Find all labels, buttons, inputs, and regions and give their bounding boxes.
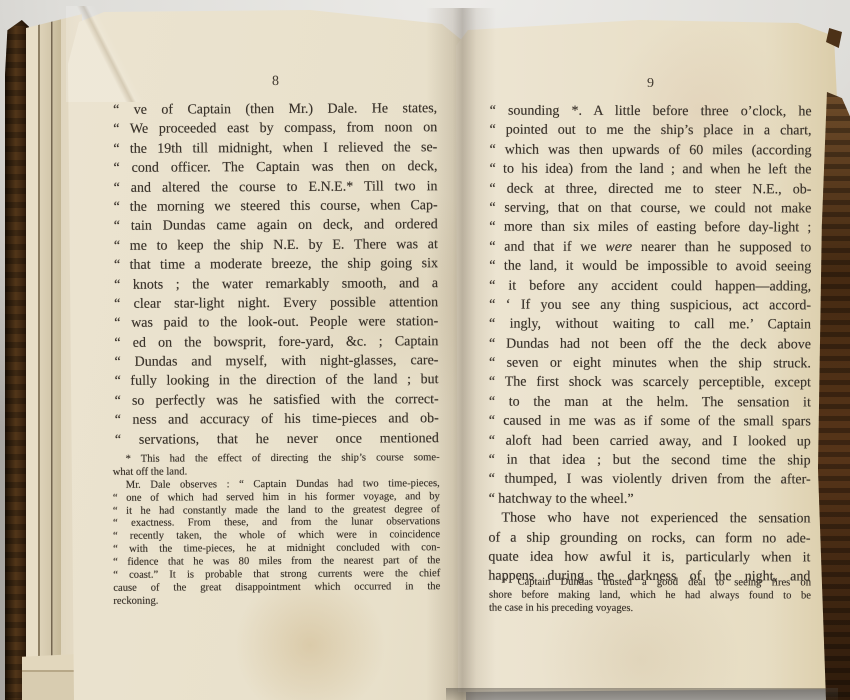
- text-line: “ the land, it would be impossible to av…: [489, 257, 811, 277]
- text-line: “ Dundas and myself, with night-glasses,…: [114, 351, 438, 372]
- right-page-body-text: “ sounding *. A little before three o’cl…: [488, 102, 811, 588]
- text-line: “ was paid to the look-out. People were …: [114, 312, 438, 333]
- text-line: “ sounding *. A little before three o’cl…: [490, 102, 812, 122]
- text-line: cause of the great disappointment which …: [113, 581, 440, 596]
- text-line: “ one of which had served him in his for…: [113, 491, 440, 506]
- right-page-footnote: * Captain Dundas trusted a good deal to …: [489, 577, 811, 617]
- text-line: “ Dundas had not been off the the deck a…: [489, 334, 811, 354]
- text-line: * Captain Dundas trusted a good deal to …: [489, 577, 811, 591]
- text-line: “ deck at three, directed me to steer N.…: [489, 179, 811, 199]
- text-line: “ ve of Captain (then Mr.) Dale. He stat…: [113, 99, 437, 120]
- text-line: “ serving, that on that course, we could…: [489, 199, 811, 219]
- text-line: “ and that if we were nearer than he sup…: [489, 237, 811, 257]
- left-page-footnote: * This had the effect of directing the s…: [113, 452, 441, 608]
- text-line: Those who have not experienced the sensa…: [489, 509, 811, 529]
- text-line: “ more than six miles of easting before …: [489, 218, 811, 238]
- text-line: “ aloft had been carried away, and I loo…: [489, 431, 811, 451]
- text-line: “ knots ; the water remarkably smooth, a…: [114, 274, 438, 295]
- text-line: reckoning.: [113, 594, 440, 609]
- page-bottom-shadow: [446, 688, 838, 700]
- book-spine-edge: [5, 20, 29, 700]
- book-photo: 8 9 “ ve of Captain (then Mr.) Dale. He …: [0, 0, 850, 700]
- text-line: “ ingly, without waiting to call me.’ Ca…: [489, 315, 811, 335]
- text-line: “ the morning we steered this course, wh…: [114, 196, 438, 217]
- text-line: “ cond officer. The Captain was then on …: [113, 157, 437, 178]
- text-line: “ and altered the course to E.N.E.* Till…: [113, 177, 437, 198]
- text-line: “ that time a moderate breeze, the ship …: [114, 254, 438, 275]
- right-page-number: 9: [489, 76, 813, 92]
- text-line: “ The first shock was scarcely perceptib…: [489, 373, 811, 393]
- text-line: “ pointed out to me the ship’s place in …: [490, 121, 812, 141]
- text-line: “ thumped, I was violently driven from t…: [489, 470, 811, 490]
- text-line: Mr. Dale observes : “ Captain Dundas had…: [113, 478, 440, 493]
- text-line: “ ed on the bowsprit, fore-yard, &c. ; C…: [114, 332, 438, 353]
- text-line: “ it before any accident could happen—ad…: [489, 276, 811, 296]
- text-line: “ We proceeded east by compass, from noo…: [113, 119, 437, 140]
- text-line: shore before making land, which he had a…: [489, 589, 811, 603]
- text-line: “ in that idea ; but the second time the…: [489, 451, 811, 471]
- text-line: “ the 19th till midnight, when I relieve…: [113, 138, 437, 159]
- left-page-body-text: “ ve of Captain (then Mr.) Dale. He stat…: [113, 99, 439, 450]
- text-line: “ ‘ If you see any thing suspicious, act…: [489, 295, 811, 315]
- text-line: “ fully looking in the direction of the …: [115, 371, 439, 392]
- text-line: “ which was then upwards of 60 miles (ac…: [489, 140, 811, 160]
- text-line: “ ness and accuracy of his time-pieces a…: [115, 409, 439, 430]
- text-line: “ to the man at the helm. The sensation …: [489, 392, 811, 412]
- text-line: “ caused in me was as if some of the sma…: [489, 412, 811, 432]
- text-line: quate idea how awful it is, particularly…: [488, 548, 810, 568]
- text-line: “ me to keep the ship N.E. by E. There w…: [114, 235, 438, 256]
- text-line: “ seven or eight minutes when the ship s…: [489, 354, 811, 374]
- text-line: * This had the effect of directing the s…: [113, 452, 440, 467]
- left-page-number: 8: [114, 73, 438, 91]
- text-line: “ hatchway to the wheel.”: [489, 489, 811, 509]
- text-line: “ so perfectly was he satisfied with the…: [115, 390, 439, 411]
- text-line: “ servations, that he never once mention…: [115, 429, 439, 450]
- text-line: “ tain Dundas came again on deck, and or…: [114, 215, 438, 236]
- text-line: of a ship grounding on rocks, can form n…: [488, 528, 810, 548]
- text-line: the case in his preceding voyages.: [489, 602, 811, 616]
- text-line: “ to his idea) from the land ; and when …: [489, 160, 811, 180]
- text-line: “ clear star-light night. Every possible…: [114, 293, 438, 314]
